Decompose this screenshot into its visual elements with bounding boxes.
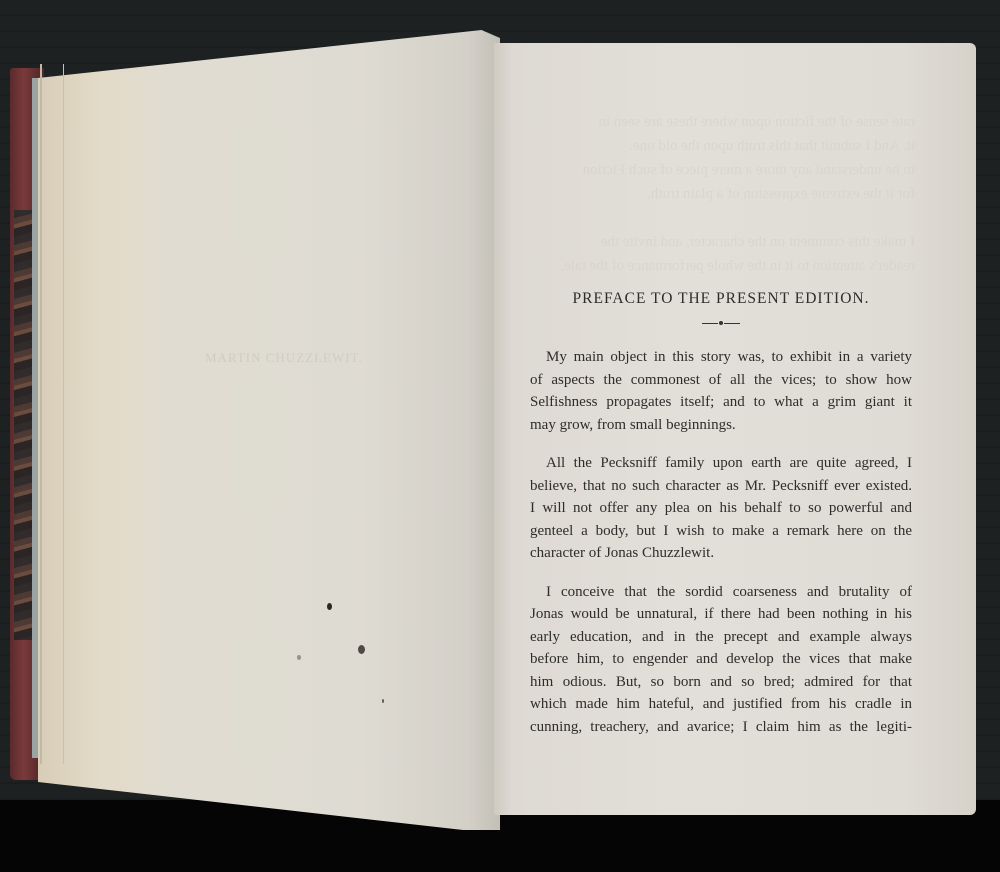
show-through-text: rate sense of the fiction upon where the… [535, 110, 915, 278]
bleed-through-text: MARTIN CHUZZLEWIT. [205, 350, 363, 366]
ornament-rule [530, 316, 912, 330]
paragraph-2: All the Pecksniff family upon earth are … [530, 452, 912, 565]
left-page [38, 30, 500, 830]
preface-title: PREFACE TO THE PRESENT EDITION. [530, 290, 912, 308]
paragraph-3: I conceive that the sordid coarseness an… [530, 581, 912, 739]
marbled-endpaper [14, 210, 34, 640]
cover-board-edge [32, 78, 38, 758]
ink-spot [327, 603, 332, 610]
ink-spot [358, 645, 365, 654]
ink-spot [297, 655, 301, 660]
ink-spot [382, 699, 384, 703]
paragraph-1: My main object in this story was, to exh… [530, 346, 912, 436]
page-stack-edges [40, 64, 64, 764]
preface-text: PREFACE TO THE PRESENT EDITION. My main … [530, 290, 912, 754]
book-photo: MARTIN CHUZZLEWIT. rate sense of the fic… [0, 0, 1000, 872]
